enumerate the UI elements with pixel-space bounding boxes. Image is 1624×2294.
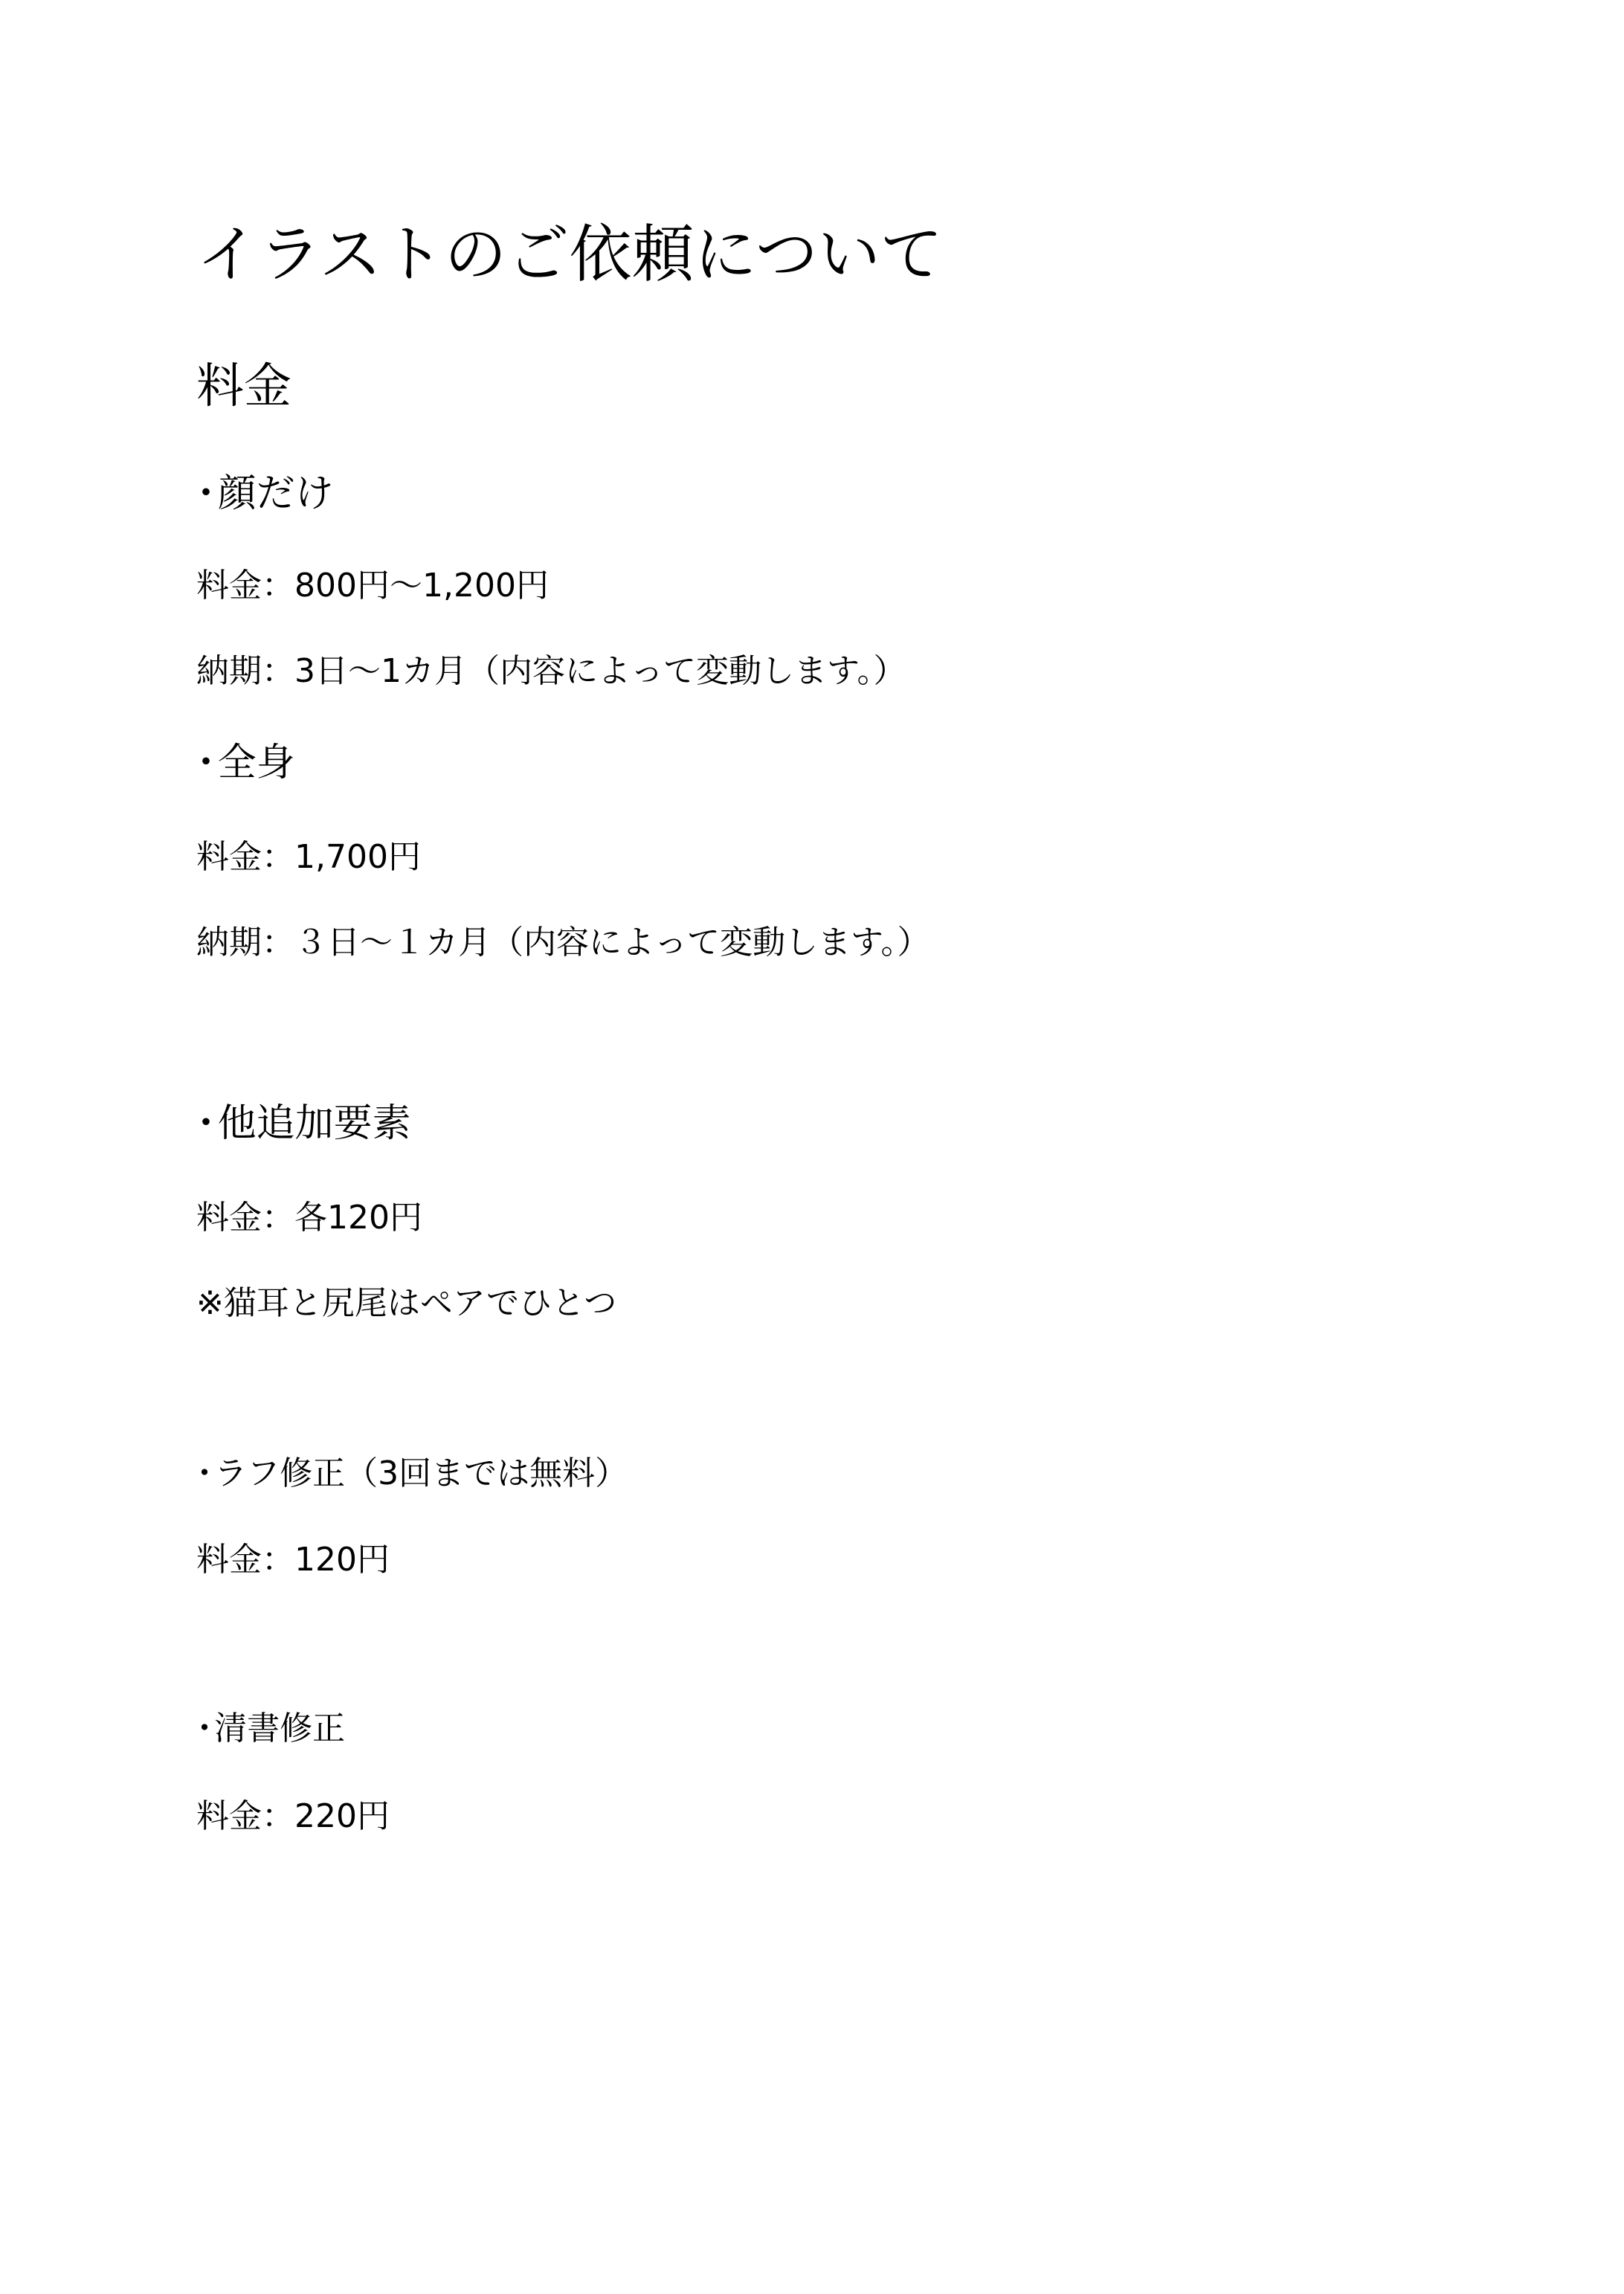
item-delivery-face-only: 納期：3日～1カ月（内容によって変動します。）	[196, 655, 906, 688]
item-price-additional-elements: 料金：各120円	[196, 1202, 422, 1234]
item-price-face-only: 料金：800円～1,200円	[196, 570, 549, 602]
item-delivery-full-body: 納期：３日～１カ月（内容によって変動します。）	[196, 927, 929, 959]
bullet-icon: ･	[196, 474, 218, 513]
document-page: イラストのご依頼について 料金 ･顔だけ 料金：800円～1,200円 納期：3…	[0, 0, 1624, 2294]
item-heading-label: 他追加要素	[218, 1101, 411, 1146]
bullet-icon: ･	[196, 744, 218, 782]
item-heading-rough-revision: ･ラフ修正（3回までは無料）	[196, 1457, 628, 1490]
item-price-full-body: 料金：1,700円	[196, 841, 421, 874]
bullet-icon: ･	[196, 1457, 214, 1490]
item-price-rough-revision: 料金：120円	[196, 1544, 390, 1576]
item-price-final-revision: 料金：220円	[196, 1800, 390, 1833]
item-heading-full-body: ･全身	[196, 744, 295, 782]
item-heading-label: ラフ修正（3回までは無料）	[214, 1454, 628, 1492]
bullet-icon: ･	[196, 1104, 218, 1143]
item-heading-face-only: ･顔だけ	[196, 474, 334, 513]
item-note-additional-elements: ※猫耳と尻尾はペアでひとつ	[196, 1287, 616, 1320]
item-heading-label: 全身	[218, 741, 295, 785]
page-title: イラストのご依頼について	[196, 223, 943, 286]
item-heading-additional-elements: ･他追加要素	[196, 1104, 411, 1143]
section-heading-pricing: 料金	[196, 363, 291, 410]
item-heading-label: 清書修正	[214, 1710, 345, 1747]
item-heading-final-revision: ･清書修正	[196, 1713, 345, 1745]
bullet-icon: ･	[196, 1713, 214, 1745]
item-heading-label: 顔だけ	[218, 471, 334, 516]
